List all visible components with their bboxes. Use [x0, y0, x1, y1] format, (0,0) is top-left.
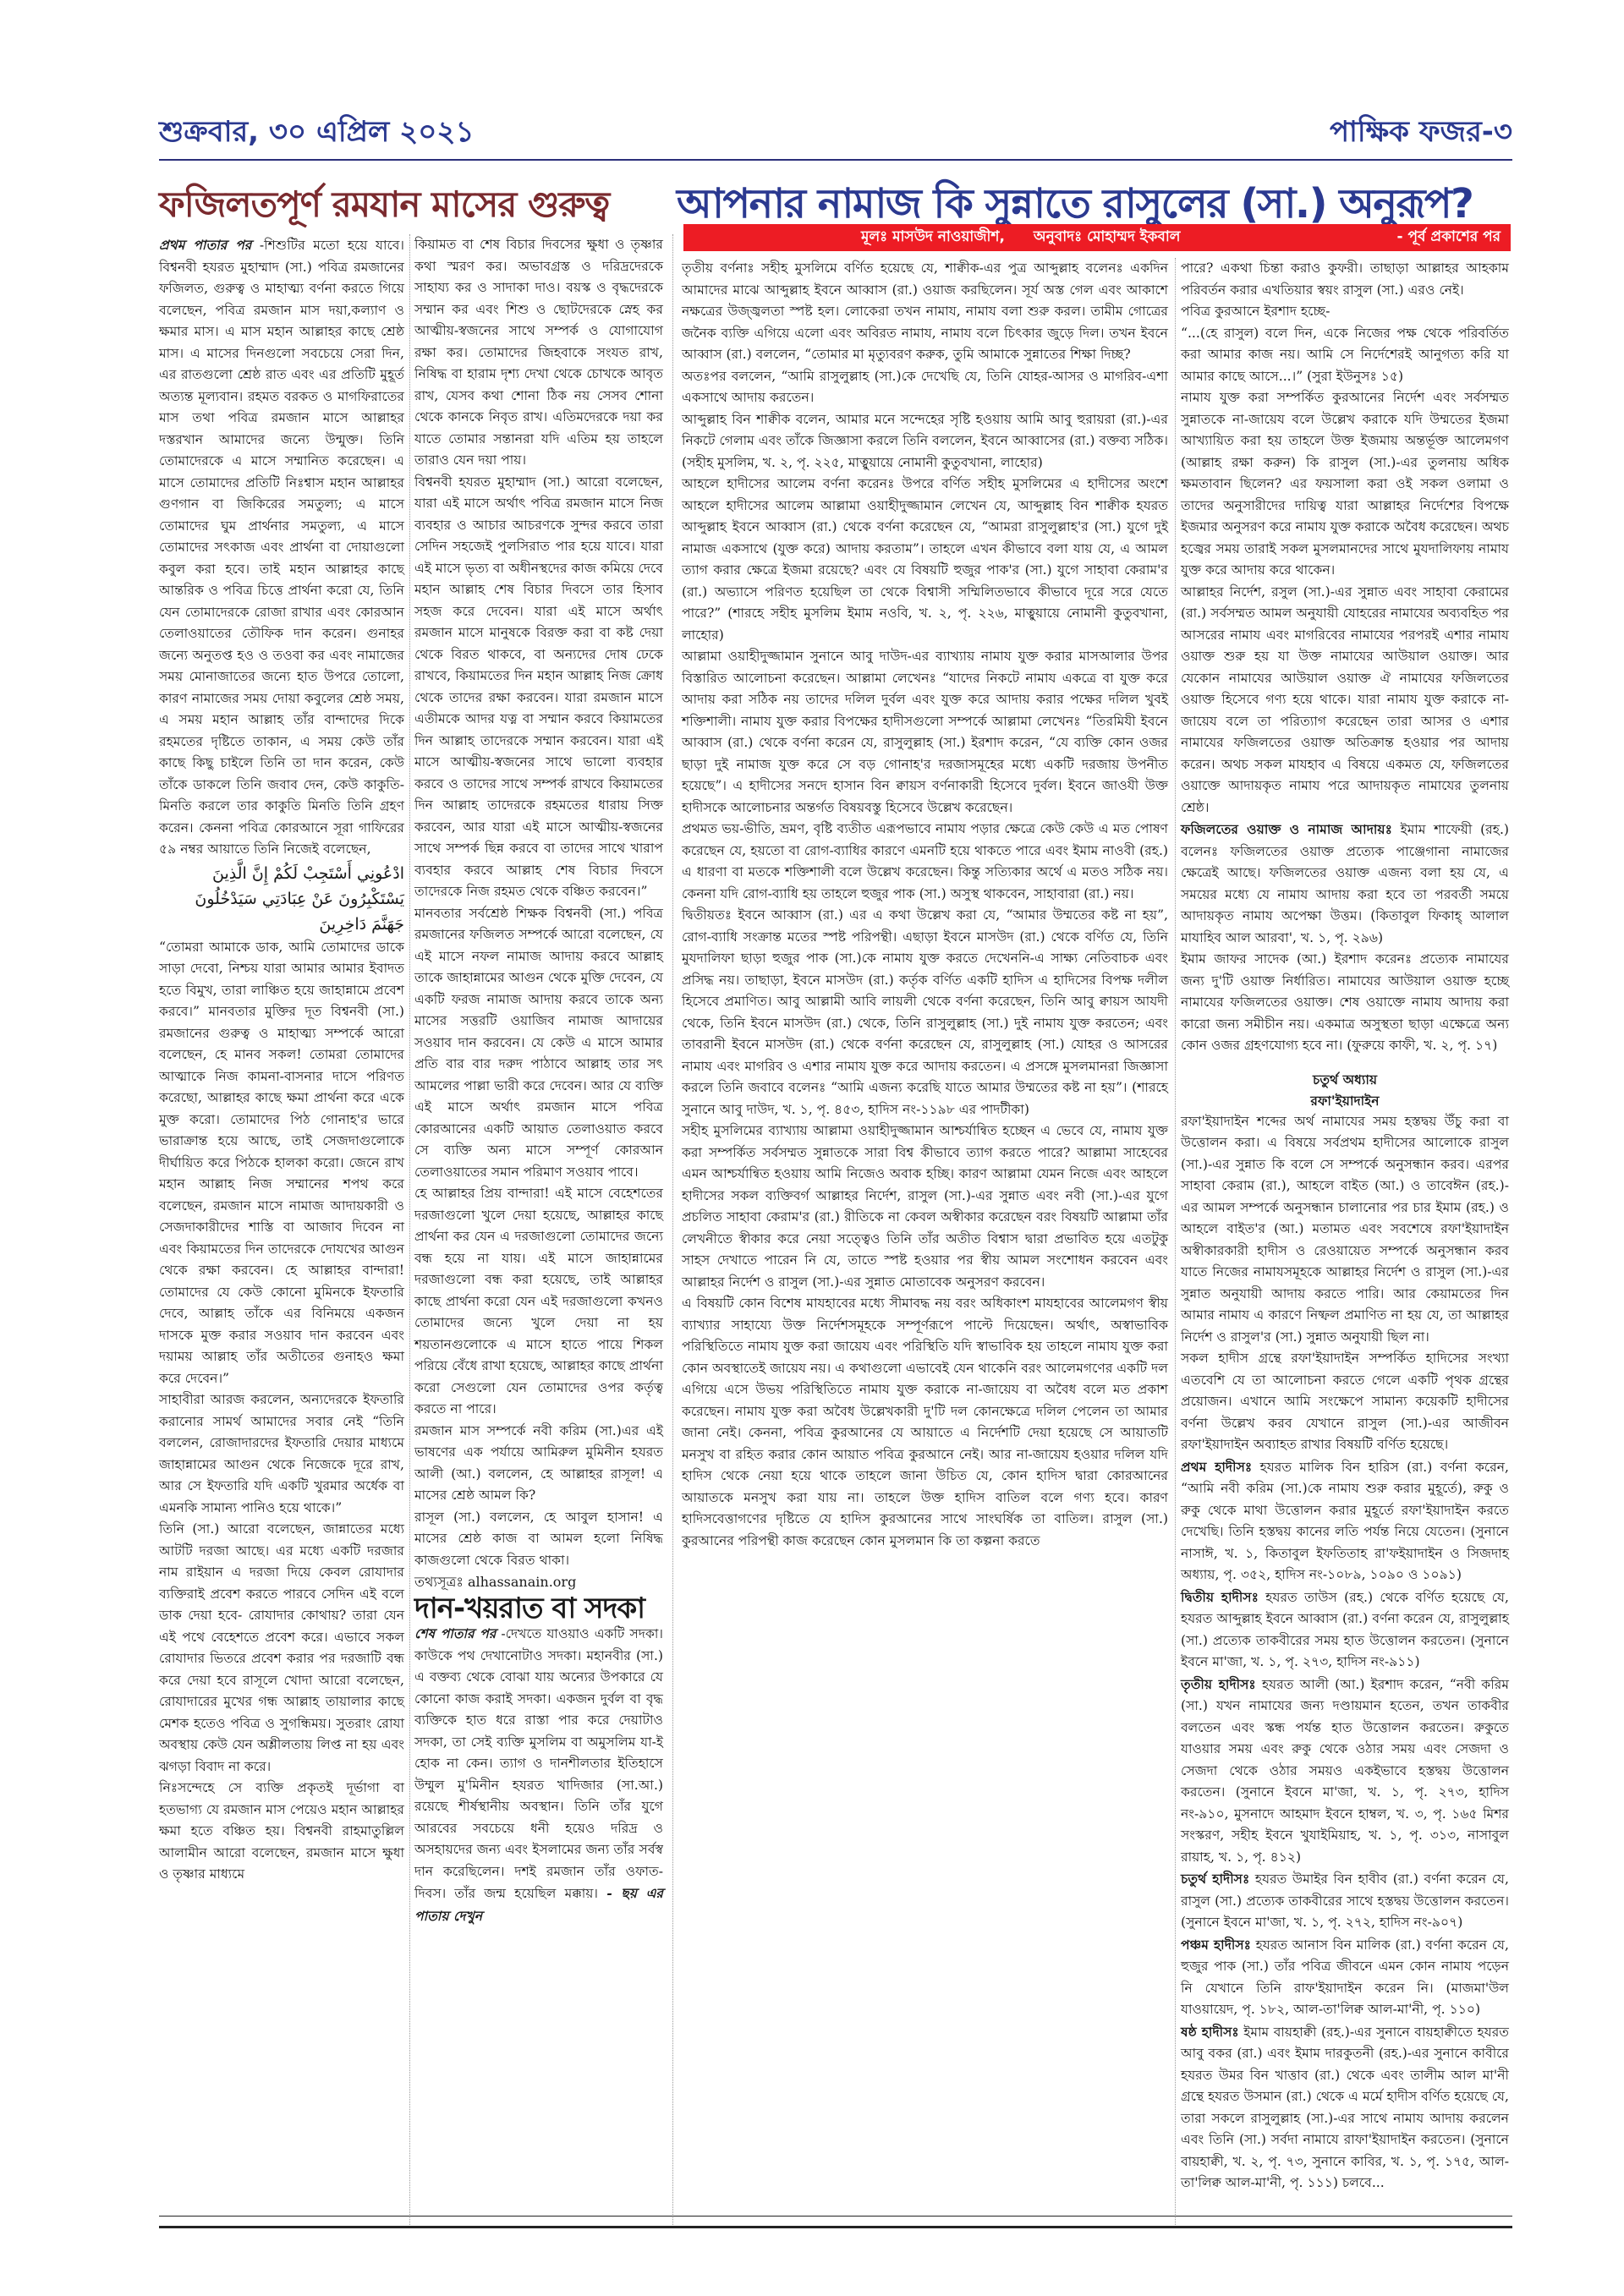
paragraph: ফজিলতের ওয়াক্ত ও নামাজ আদায়ঃ ইমাম শাফে…	[1181, 819, 1509, 949]
chapter-heading: চতুর্থ অধ্যায় রফা'ইয়াদাইন	[1181, 1069, 1509, 1111]
paragraph: হে আল্লাহর প্রিয় বান্দারা! এই মাসে বেহে…	[414, 1183, 663, 1421]
headline-charity: দান-খয়রাত বা সদকা	[414, 1598, 663, 1620]
column-divider	[672, 234, 673, 2228]
paragraph: অতঃপর বললেন, “আমি রাসুলুল্লাহ (সা.)কে দে…	[682, 366, 1168, 409]
paragraph: “তোমরা আমাকে ডাক, আমি তোমাদের ডাকে সাড়া…	[159, 937, 404, 1390]
source-link: alhassanain.org	[468, 1574, 576, 1590]
paragraph: রমজান মাস সম্পর্কে নবী করিম (সা.)এর এই ভ…	[414, 1421, 663, 1507]
paragraph: তিনি (সা.) আরো বলেছেন, জান্নাতের মধ্যে আ…	[159, 1519, 404, 1778]
ramadan-column-1: প্রথম পাতার পর -শিশুটির মতো হয়ে যাবে। ব…	[159, 234, 404, 1886]
paragraph: এ বিষয়টি কোন বিশেষ মাযহাবের মধ্যে সীমাব…	[682, 1293, 1168, 1552]
paragraph: পবিত্র কুরআনে ইরশাদ হচ্ছে-	[1181, 301, 1509, 323]
section-label: ফজিলতের ওয়াক্ত ও নামাজ আদায়ঃ	[1181, 821, 1392, 837]
paragraph: কিয়ামত বা শেষ বিচার দিবসের ক্ষুধা ও তৃষ…	[414, 234, 663, 472]
paragraph: দ্বিতীয়তঃ ইবনে আব্বাস (রা.) এর এ কথা উল…	[682, 905, 1168, 1121]
hadith-paragraph: দ্বিতীয় হাদীসঃ হযরত তাউস (রহ.) থেকে বর্…	[1181, 1586, 1509, 1674]
chapter-title: চতুর্থ অধ্যায়	[1181, 1069, 1509, 1090]
lead-label: শেষ পাতার পর	[414, 1625, 496, 1641]
paragraph: আল্লাহর নির্দেশ, রসুল (সা.)-এর সুন্নাত এ…	[1181, 582, 1509, 819]
newspaper-page: ফজিলতপূর্ণ রমযান মাসের গুরুত্ব আপনার নাম…	[159, 173, 1508, 2245]
footer-rule	[159, 2216, 1512, 2217]
column-divider	[409, 234, 410, 2228]
source-line: তথ্যসূত্রঃ alhassanain.org	[414, 1571, 663, 1593]
arabic-verse: ادْعُونِي أَسْتَجِبْ لَكُمْ إِنَّ الَّذِ…	[159, 861, 404, 937]
paragraph: রফা'ইয়াদাইন শব্দের অর্থ নামাযের সময় হস…	[1181, 1111, 1509, 1349]
paragraph: সহীহ মুসলিমের ব্যাখ্যায় আল্লামা ওয়াহীদ…	[682, 1121, 1168, 1293]
author: মূলঃ মাসউদ নাওয়াজীশ,	[861, 226, 1005, 249]
translator: অনুবাদঃ মোহাম্মদ ইকবাল	[1034, 226, 1181, 249]
namaz-column-2: পারে? একথা চিন্তা করাও কুফরী। তাছাড়া আল…	[1181, 258, 1509, 2195]
paragraph: মানবতার সর্বশ্রেষ্ঠ শিক্ষক বিশ্বনবী (সা.…	[414, 903, 663, 1184]
paragraph: সাহাবীরা আরজ করলেন, অন্যদেরকে ইফতারি করা…	[159, 1389, 404, 1519]
masthead: শুক্রবার, ৩০ এপ্রিল ২০২১ পাক্ষিক ফজর-৩	[159, 108, 1512, 161]
paragraph: শেষ পাতার পর -দেখতে যাওয়াও একটি সদকা। ক…	[414, 1623, 663, 1927]
paragraph: পারে? একথা চিন্তা করাও কুফরী। তাছাড়া আল…	[1181, 258, 1509, 301]
paragraph: আল্লামা ওয়াহীদুজ্জামান সুনানে আবু দাউদ-…	[682, 646, 1168, 819]
namaz-column-1: তৃতীয় বর্ণনাঃ সহীহ মুসলিমে বর্ণিত হয়েছ…	[682, 258, 1168, 1552]
lead-label: প্রথম পাতার পর	[159, 237, 251, 253]
issue-date: শুক্রবার, ৩০ এপ্রিল ২০২১	[159, 110, 475, 158]
hadith-paragraph: চতুর্থ হাদীসঃ হযরত উমাইর বিন হাবীব (রা.)…	[1181, 1868, 1509, 1934]
paragraph: “...(হে রাসুল) বলে দিন, একে নিজের পক্ষ থ…	[1181, 323, 1509, 388]
paragraph: নিঃসন্দেহে সে ব্যক্তি প্রকৃতই দূর্ভাগা ব…	[159, 1778, 404, 1886]
paragraph: তৃতীয় বর্ণনাঃ সহীহ মুসলিমে বর্ণিত হয়েছ…	[682, 258, 1168, 366]
ramadan-column-2: কিয়ামত বা শেষ বিচার দিবসের ক্ষুধা ও তৃষ…	[414, 234, 663, 1927]
paragraph: ইমাম জাফর সাদেক (আ.) ইরশাদ করেনঃ প্রত্যে…	[1181, 949, 1509, 1057]
paragraph: আহলে হাদীসের আলেম বর্ণনা করেনঃ উপরে বর্ণ…	[682, 474, 1168, 646]
continued-label: - পূর্ব প্রকাশের পর	[1397, 226, 1501, 249]
hadith-paragraph: পঞ্চম হাদীসঃ হযরত আনাস বিন মালিক (রা.) ব…	[1181, 1934, 1509, 2021]
footer-rule-thick	[159, 2226, 1512, 2228]
byline-banner: মূলঃ মাসউদ নাওয়াজীশ, অনুবাদঃ মোহাম্মদ ই…	[683, 224, 1511, 251]
paragraph: সকল হাদীস গ্রন্থে রফা'ইয়াদাইন সম্পর্কিত…	[1181, 1348, 1509, 1456]
paragraph: নামায যুক্ত করা সম্পর্কিত কুরআনের নির্দে…	[1181, 387, 1509, 582]
paragraph: প্রথম পাতার পর -শিশুটির মতো হয়ে যাবে। ব…	[159, 234, 404, 861]
column-divider	[1175, 258, 1176, 2228]
hadith-paragraph: প্রথম হাদীসঃ হযরত মালিক বিন হারিস (রা.) …	[1181, 1456, 1509, 1586]
paragraph: আব্দুল্লাহ বিন শাক্বীক বলেন, আমার মনে সন…	[682, 409, 1168, 474]
chapter-subtitle: রফা'ইয়াদাইন	[1181, 1090, 1509, 1111]
paragraph: প্রথমত ভয়-ভীতি, ভ্রমণ, বৃষ্টি ব্যতীত এর…	[682, 819, 1168, 905]
paragraph: বিশ্বনবী হযরত মুহাম্মাদ (সা.) আরো বলেছেন…	[414, 472, 663, 903]
headline-ramadan: ফজিলতপূর্ণ রমযান মাসের গুরুত্ব	[159, 177, 667, 237]
hadith-paragraph: ষষ্ঠ হাদীসঃ ইমাম বায়হাক্বী (রহ.)-এর সুন…	[1181, 2021, 1509, 2195]
paragraph: রাসূল (সা.) বললেন, হে আবুল হাসান! এ মাসে…	[414, 1507, 663, 1572]
paper-page-label: পাক্ষিক ফজর-৩	[1330, 110, 1512, 158]
hadith-paragraph: তৃতীয় হাদীসঃ হযরত আলী (আ.) ইরশাদ করেন, …	[1181, 1674, 1509, 1869]
